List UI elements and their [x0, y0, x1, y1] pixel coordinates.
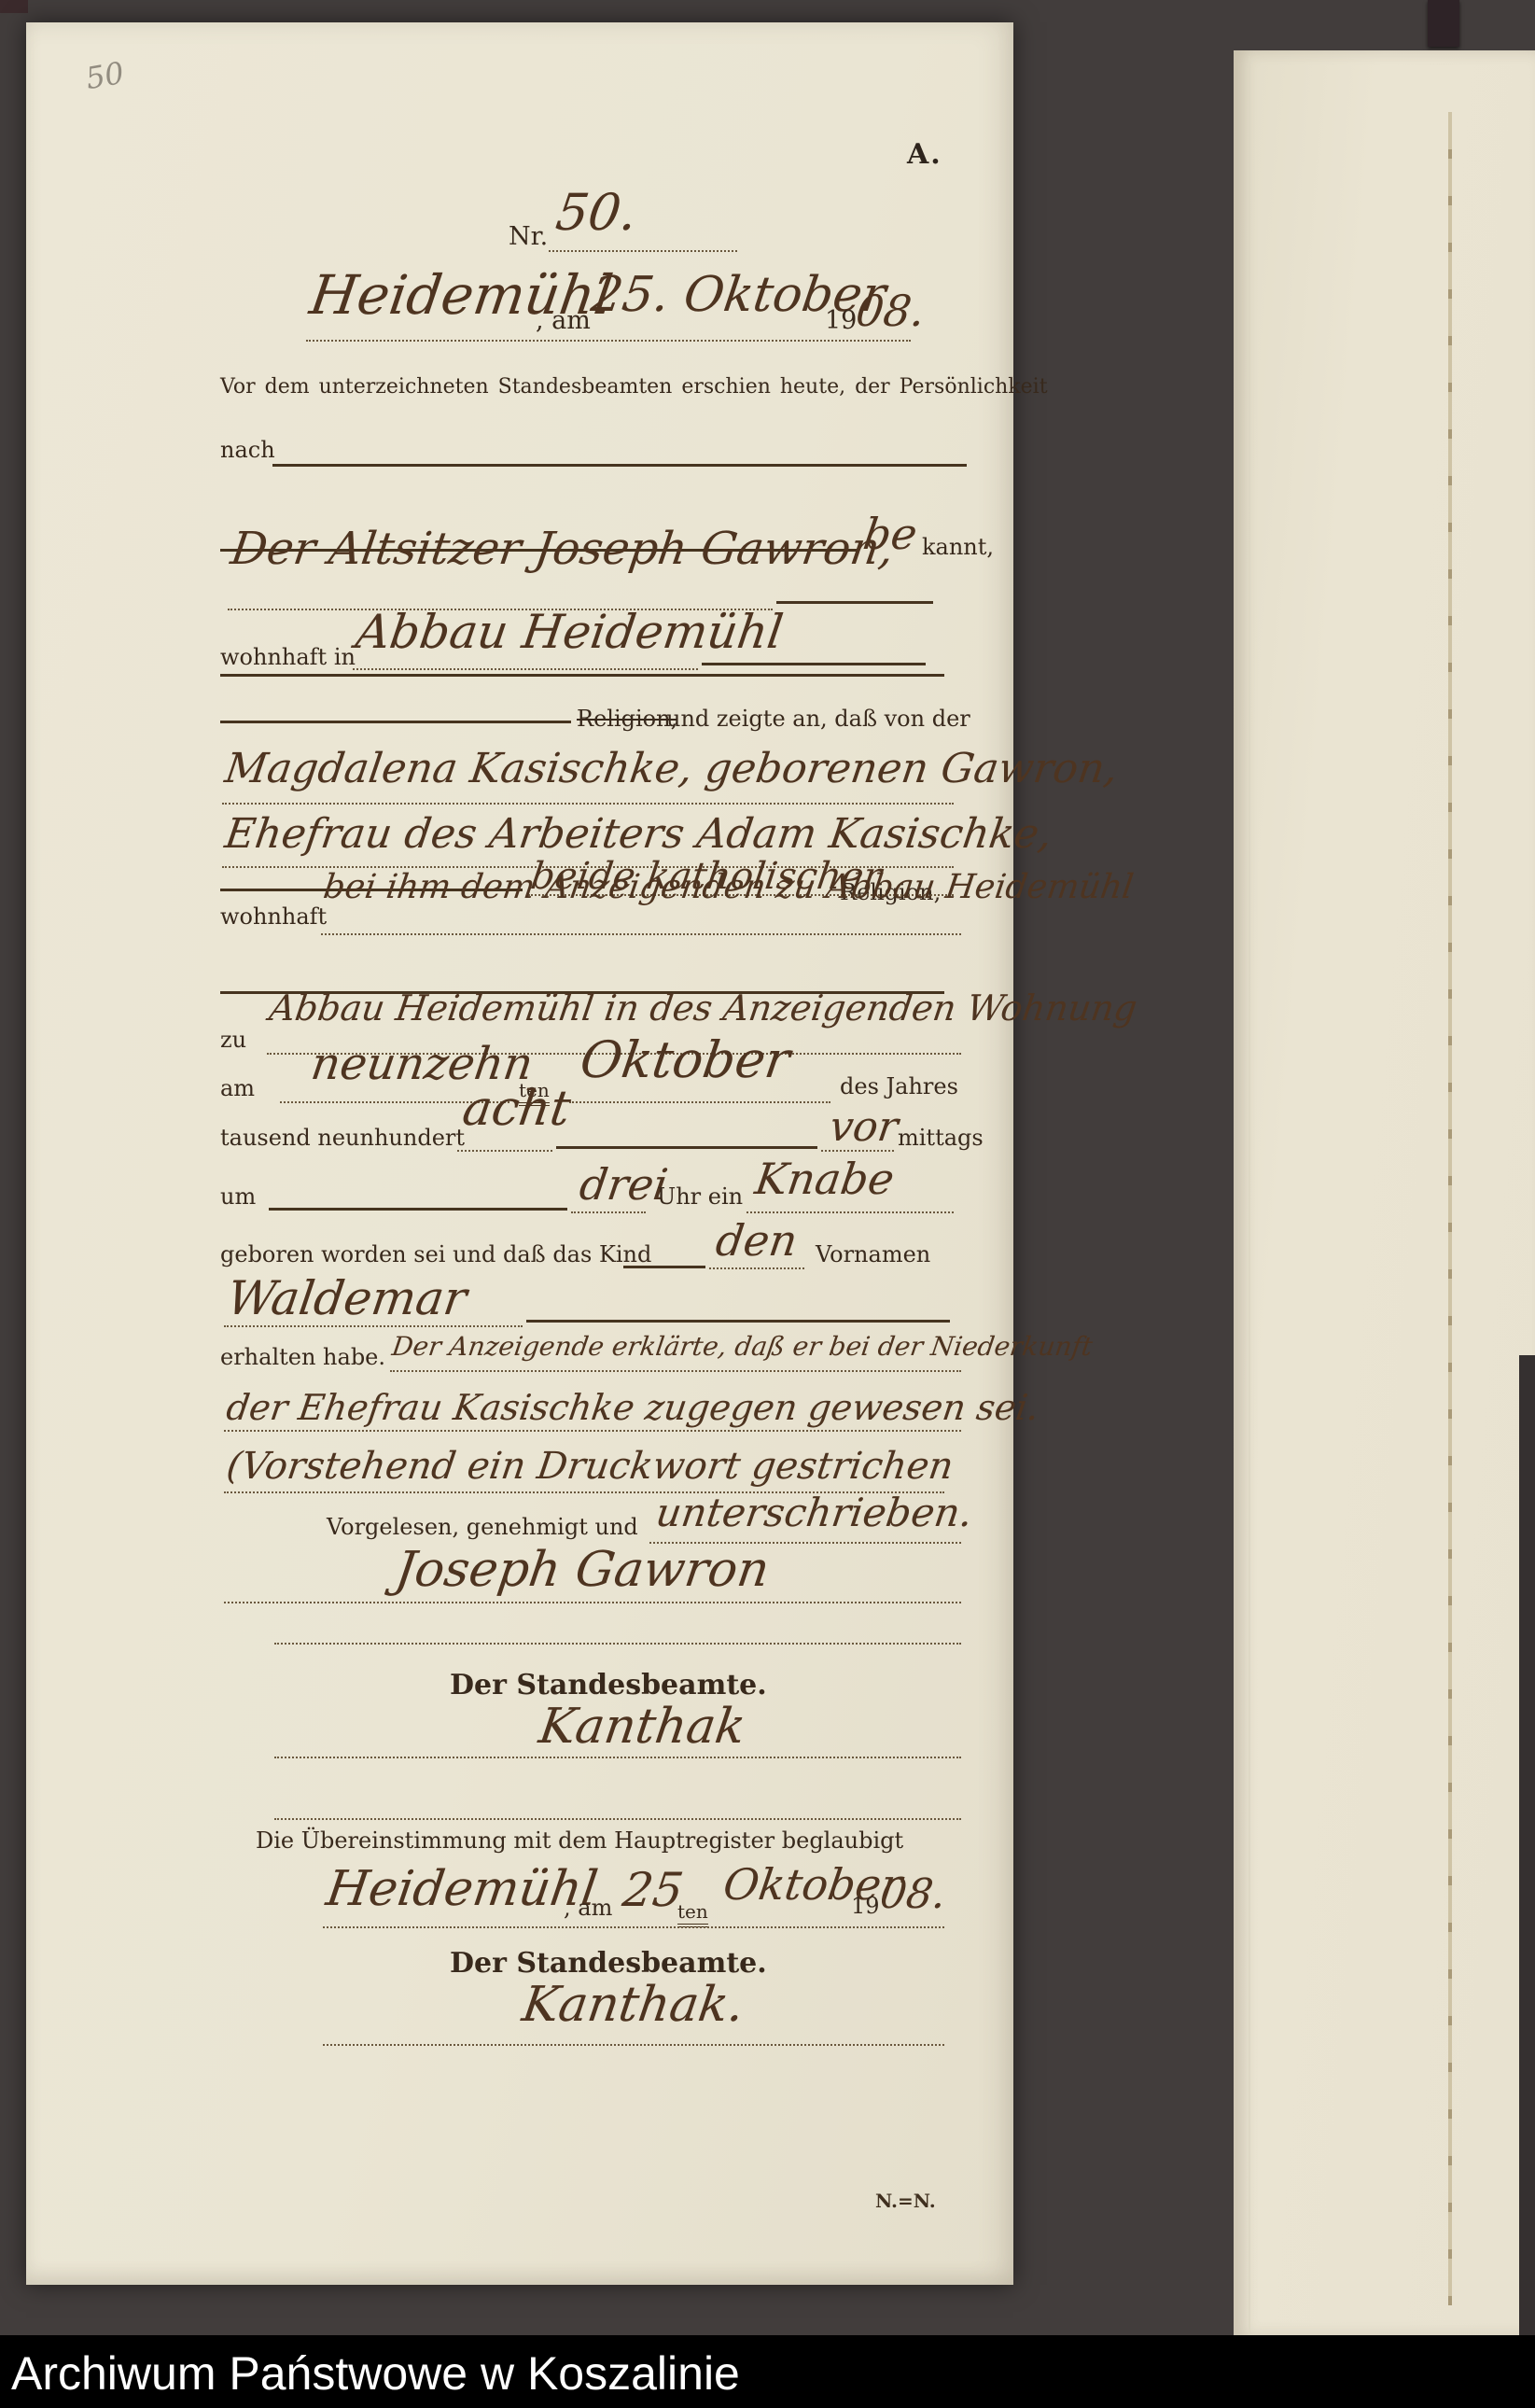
- ruled-line: [623, 1266, 705, 1268]
- closing-note3-handwritten: (Vorstehend ein Druckwort gestrichen: [224, 1445, 956, 1488]
- registrar-signature: Kanthak: [536, 1699, 749, 1755]
- um-label: um: [220, 1183, 256, 1210]
- ruled-line: [323, 2044, 944, 2046]
- ruled-line: [220, 721, 571, 723]
- ruled-line: [556, 1146, 817, 1149]
- ruled-line: [526, 1320, 950, 1323]
- ruled-line: [272, 464, 967, 467]
- geboren-label: geboren worden sei und daß das Kind: [220, 1241, 651, 1267]
- des-jahres-label: des Jahres: [840, 1073, 958, 1099]
- form-section-letter: A.: [907, 138, 942, 171]
- certification-ten-label: ten: [677, 1900, 708, 1927]
- mother-line2-handwritten: Ehefrau des Arbeiters Adam Kasischke,: [222, 810, 1055, 858]
- ruled-line: [709, 1267, 804, 1269]
- ruled-line: [702, 663, 926, 665]
- heading-year-handwritten: 08.: [853, 286, 928, 336]
- ruled-line: [549, 250, 737, 252]
- printer-mark: N.=N.: [875, 2190, 936, 2212]
- ruled-line: [274, 1757, 961, 1758]
- mittags-label: mittags: [898, 1125, 984, 1151]
- archive-footer-bar: Archiwum Państwowe w Koszalinie: [0, 2335, 1535, 2408]
- ruled-line: [390, 1370, 961, 1372]
- wohnhaft-label: wohnhaft: [220, 903, 327, 930]
- ruled-line: [269, 1208, 567, 1211]
- zu-label: zu: [220, 1027, 246, 1053]
- ruled-line: [747, 1211, 954, 1213]
- tausend-label: tausend neunhundert: [220, 1125, 465, 1151]
- certification-registrar-signature: Kanthak.: [519, 1977, 747, 2033]
- record-number-label: Nr.: [509, 222, 548, 251]
- declarant-residence-handwritten: Abbau Heidemühl: [353, 605, 787, 659]
- certification-registrar-title: Der Standesbeamte.: [450, 1947, 767, 1980]
- closing-note2-handwritten: der Ehefrau Kasischke zugegen gewesen se…: [224, 1387, 1041, 1428]
- vorgelesen-label: Vorgelesen, genehmigt und: [327, 1514, 638, 1540]
- bookmark-ribbon: [1428, 0, 1459, 47]
- ruled-line: [306, 340, 911, 342]
- religion-struck-label: Religion,: [577, 706, 677, 732]
- certification-year-handwritten: 08.: [877, 1870, 949, 1918]
- intro-line: Vor dem unterzeichneten Standesbeamten e…: [220, 375, 1048, 399]
- zeigte-an-label: und zeigte an, daß von der: [666, 706, 970, 732]
- certification-place-handwritten: Heidemühl: [323, 1861, 601, 1917]
- cover-corner: [0, 0, 28, 13]
- ruled-line: [222, 803, 954, 805]
- certification-am-label: , am: [564, 1895, 612, 1921]
- ruled-line: [569, 1101, 830, 1103]
- den-handwritten: den: [713, 1215, 801, 1266]
- am-label: am: [220, 1075, 255, 1101]
- ruled-line: [457, 1150, 552, 1152]
- kannt-label: kannt,: [922, 534, 994, 560]
- birth-year-handwritten: acht: [459, 1081, 574, 1137]
- erhalten-label: erhalten habe.: [220, 1344, 385, 1370]
- mother-residence-handwritten: bei ihm dem Anzeigenden zu Abbau Heidemü…: [321, 868, 1136, 906]
- birth-month-handwritten: Oktober: [577, 1030, 793, 1089]
- registrar-title: Der Standesbeamte.: [450, 1669, 767, 1701]
- certification-day-handwritten: 25: [620, 1863, 687, 1917]
- child-name-handwritten: Waldemar: [224, 1271, 470, 1325]
- ruled-line: [821, 1150, 894, 1152]
- certification-year-printed: 19: [851, 1893, 880, 1919]
- page-crease: [1249, 56, 1250, 2333]
- vor-handwritten: vor: [827, 1103, 901, 1151]
- next-page-edge: [1234, 50, 1535, 2337]
- archive-scan-viewer: { "colors": { "background": "#423d3c", "…: [0, 0, 1535, 2408]
- nach-label: nach: [220, 437, 275, 463]
- wohnhaft-in-label: wohnhaft in: [220, 644, 356, 670]
- ruled-line: [274, 1643, 961, 1645]
- heading-year-printed: 19: [825, 306, 857, 335]
- sex-handwritten: Knabe: [752, 1154, 898, 1204]
- cover-edge-strip: [1519, 1355, 1535, 2337]
- ruled-line: [321, 933, 961, 935]
- ruled-line: [274, 1818, 961, 1820]
- mother-line1-handwritten: Magdalena Kasischke, geborenen Gawron,: [222, 745, 1121, 792]
- ruled-line: [224, 1602, 961, 1603]
- closing-note1-handwritten: Der Anzeigende erklärte, daß er bei der …: [390, 1331, 1095, 1362]
- ruled-line: [353, 668, 698, 670]
- pencil-page-number: 50: [83, 55, 127, 96]
- uhr-ein-label: Uhr ein: [657, 1183, 743, 1210]
- ruled-line: [323, 1926, 944, 1928]
- birth-place-handwritten: Abbau Heidemühl in des Anzeigenden Wohnu…: [267, 987, 1139, 1029]
- ruled-line: [776, 601, 933, 604]
- ruled-line: [224, 1325, 523, 1327]
- archive-footer-text: Archiwum Państwowe w Koszalinie: [11, 2346, 740, 2401]
- record-number-value: 50.: [552, 183, 641, 242]
- ruled-line: [220, 674, 944, 677]
- declarant-signature: Joseph Gawron: [392, 1542, 773, 1598]
- binding-seam: [1448, 112, 1452, 2305]
- vornamen-label: Vornamen: [816, 1241, 930, 1267]
- ruled-line: [571, 1211, 646, 1213]
- certification-line: Die Übereinstimmung mit dem Hauptregiste…: [256, 1827, 903, 1854]
- unterschrieben-handwritten: unterschrieben.: [653, 1490, 975, 1535]
- heading-am-label: , am: [536, 306, 591, 335]
- declarant-name-handwritten: Der Altsitzer Joseph Gawron,: [228, 523, 898, 575]
- ruled-line: [224, 1430, 961, 1432]
